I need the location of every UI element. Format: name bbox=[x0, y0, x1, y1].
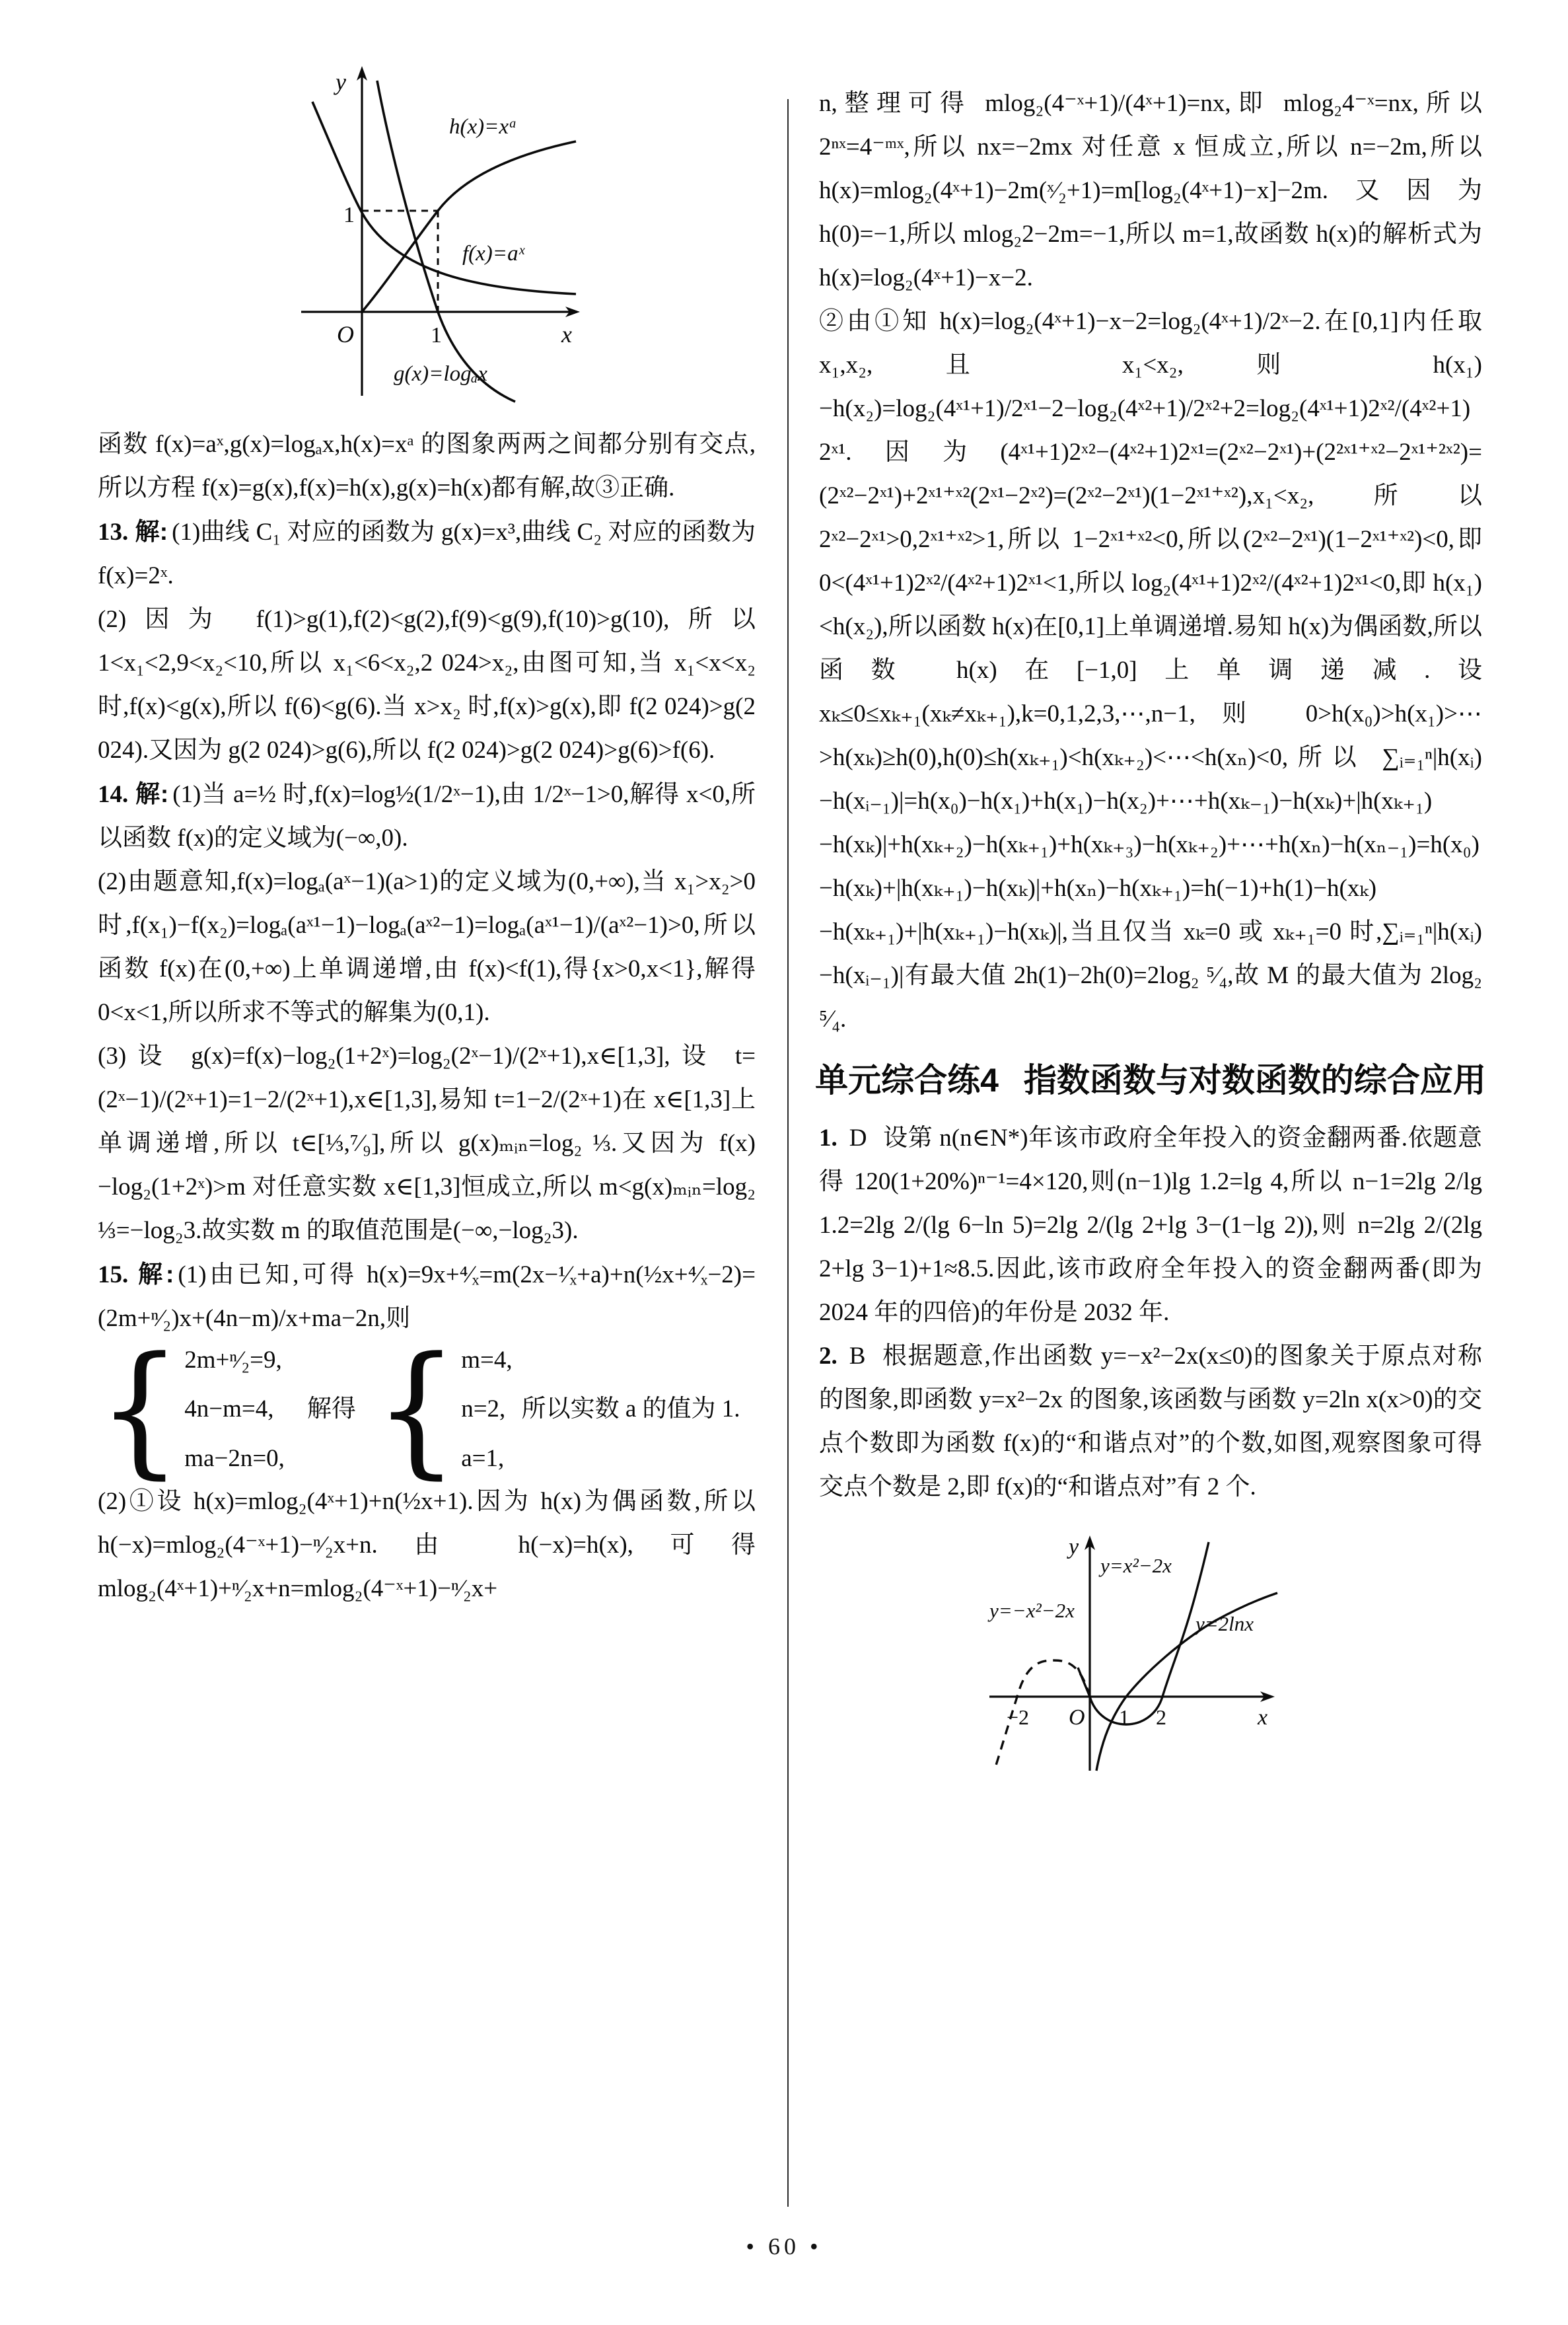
solution-paragraph-14: 14.解:(1)当 a=½ 时,f(x)=log½(1/2ˣ−1),由 1/2ˣ… bbox=[98, 772, 756, 860]
x-tick-1: 1 bbox=[431, 323, 442, 348]
solution-continuation-paragraph: 函数 f(x)=aˣ,g(x)=logₐx,h(x)=xᵃ 的图象两两之间都分别… bbox=[98, 423, 756, 510]
exp-log-power-graph-svg: y x O 1 1 h(x)=xᵃ f(x)=aˣ g(x)=logₐx bbox=[296, 62, 587, 406]
solution-paragraph-15-2: (2)①设 h(x)=mlog₂(4ˣ+1)+n(½x+1).因为 h(x)为偶… bbox=[98, 1480, 756, 1611]
system-condition: ma−2n=0, bbox=[184, 1444, 285, 1473]
column-divider bbox=[787, 99, 789, 2207]
page-number: • 60 • bbox=[0, 2233, 1568, 2260]
figure-exp-log-power-graph: y x O 1 1 h(x)=xᵃ f(x)=aˣ g(x)=logₐx bbox=[296, 62, 587, 406]
solve-label: 解: bbox=[135, 780, 168, 807]
answer-letter: B bbox=[849, 1343, 866, 1370]
curve-exponential-f bbox=[312, 102, 576, 294]
right-column: n,整理可得 mlog₂(4⁻ˣ+1)/(4ˣ+1)=nx,即 mlog₂4⁻ˣ… bbox=[819, 58, 1482, 1776]
textbook-answer-page: y x O 1 1 h(x)=xᵃ f(x)=aˣ g(x)=logₐx 函数 … bbox=[0, 0, 1568, 2325]
solve-label: 解: bbox=[135, 1261, 174, 1288]
solution-paragraph-13-2: (2)因为 f(1)>g(1),f(2)<g(2),f(9)<g(9),f(10… bbox=[98, 598, 756, 772]
solution-text: (1)当 a=½ 时,f(x)=log½(1/2ˣ−1),由 1/2ˣ−1>0,… bbox=[98, 781, 756, 852]
system-result: a=1, bbox=[461, 1444, 512, 1473]
curve-g-label: g(x)=logₐx bbox=[394, 362, 487, 386]
system-condition: 2m+ⁿ⁄₂=9, bbox=[184, 1346, 285, 1375]
system-result: m=4, bbox=[461, 1346, 512, 1375]
answer-paragraph-2: 2.B根据题意,作出函数 y=−x²−2x(x≤0)的图象关于原点对称的图象,即… bbox=[819, 1335, 1482, 1509]
y-tick-1: 1 bbox=[343, 203, 355, 227]
system-conclusion: 所以实数 a 的值为 1. bbox=[522, 1395, 740, 1424]
solution-continuation-paragraph: n,整理可得 mlog₂(4⁻ˣ+1)/(4ˣ+1)=nx,即 mlog₂4⁻ˣ… bbox=[819, 82, 1482, 300]
unit-practice-header: 单元综合练4 指数函数与对数函数的综合应用 bbox=[819, 1064, 1482, 1097]
solve-label: 解: bbox=[135, 518, 168, 545]
system-conditions: 2m+ⁿ⁄₂=9, 4n−m=4, ma−2n=0, bbox=[184, 1346, 285, 1473]
unit-practice-number: 单元综合练4 bbox=[815, 1064, 999, 1097]
solution-text: n,整理可得 mlog₂(4⁻ˣ+1)/(4ˣ+1)=nx,即 mlog₂4⁻ˣ… bbox=[819, 90, 1482, 291]
solution-text: (2)因为 f(1)>g(1),f(2)<g(2),f(9)<g(9),f(10… bbox=[98, 606, 756, 764]
left-brace-results: { bbox=[374, 1345, 458, 1473]
solid-parabola-label: y=x²−2x bbox=[1098, 1554, 1172, 1577]
y-axis-label: y bbox=[1067, 1535, 1079, 1559]
problem-number: 13. bbox=[98, 519, 128, 546]
solution-paragraph-14-3: (3)设 g(x)=f(x)−log₂(1+2ˣ)=log₂(2ˣ−1)/(2ˣ… bbox=[98, 1035, 756, 1253]
problem-number: 15. bbox=[98, 1261, 128, 1288]
solution-text: (2)由题意知,f(x)=logₐ(aˣ−1)(a>1)的定义域为(0,+∞),… bbox=[98, 868, 756, 1026]
left-column: y x O 1 1 h(x)=xᵃ f(x)=aˣ g(x)=logₐx 函数 … bbox=[98, 58, 756, 1611]
curve-f-label: f(x)=aˣ bbox=[462, 242, 525, 266]
system-result: n=2, bbox=[461, 1395, 512, 1424]
x-tick-neg2: −2 bbox=[1007, 1705, 1029, 1729]
x-axis-label: x bbox=[561, 321, 572, 348]
curve-h-label: h(x)=xᵃ bbox=[449, 115, 517, 139]
solution-text: (2)①设 h(x)=mlog₂(4ˣ+1)+n(½x+1).因为 h(x)为偶… bbox=[98, 1488, 756, 1602]
answer-text: 设第 n(n∈N*)年该市政府全年投入的资金翻两番.依题意得 120(1+20%… bbox=[819, 1125, 1482, 1326]
equation-system: { 2m+ⁿ⁄₂=9, 4n−m=4, ma−2n=0, 解得 { m=4, n… bbox=[98, 1346, 756, 1473]
unit-practice-title: 指数函数与对数函数的综合应用 bbox=[1024, 1064, 1486, 1097]
system-results: m=4, n=2, a=1, bbox=[461, 1346, 512, 1473]
solution-paragraph-14-2: (2)由题意知,f(x)=logₐ(aˣ−1)(a>1)的定义域为(0,+∞),… bbox=[98, 860, 756, 1035]
figure-harmonious-pairs-graph: y x O −2 1 2 y=x²−2x y=2lnx y=−x²−2x bbox=[984, 1532, 1281, 1776]
x-tick-1: 1 bbox=[1119, 1705, 1129, 1729]
solution-text: (1)由已知,可得 h(x)=9x+⁴⁄ₓ=m(2x−¹⁄ₓ+a)+n(½x+⁴… bbox=[98, 1261, 756, 1332]
solution-text: (1)曲线 C₁ 对应的函数为 g(x)=x³,曲线 C₂ 对应的函数为 f(x… bbox=[98, 519, 756, 589]
problem-number: 2. bbox=[819, 1343, 837, 1370]
curve-power-h bbox=[362, 141, 576, 312]
solution-text: ②由①知 h(x)=log₂(4ˣ+1)−x−2=log₂(4ˣ+1)/2ˣ−2… bbox=[819, 308, 1482, 1033]
answer-text: 根据题意,作出函数 y=−x²−2x(x≤0)的图象关于原点对称的图象,即函数 … bbox=[819, 1343, 1482, 1500]
origin-label: O bbox=[337, 321, 354, 348]
solution-paragraph-15-2b: ②由①知 h(x)=log₂(4ˣ+1)−x−2=log₂(4ˣ+1)/2ˣ−2… bbox=[819, 300, 1482, 1041]
problem-number: 1. bbox=[819, 1125, 837, 1152]
solution-text: 函数 f(x)=aˣ,g(x)=logₐx,h(x)=xᵃ 的图象两两之间都分别… bbox=[98, 431, 756, 501]
system-condition: 4n−m=4, bbox=[184, 1395, 285, 1424]
log-curve-label: y=2lnx bbox=[1194, 1612, 1254, 1635]
problem-number: 14. bbox=[98, 781, 128, 808]
x-axis-label: x bbox=[1257, 1705, 1267, 1730]
dashed-parabola-label: y=−x²−2x bbox=[987, 1599, 1075, 1622]
x-tick-2: 2 bbox=[1156, 1705, 1166, 1729]
parabola-log-graph-svg: y x O −2 1 2 y=x²−2x y=2lnx y=−x²−2x bbox=[984, 1532, 1281, 1776]
solution-paragraph-13: 13.解:(1)曲线 C₁ 对应的函数为 g(x)=x³,曲线 C₂ 对应的函数… bbox=[98, 510, 756, 598]
solution-text: (3)设 g(x)=f(x)−log₂(1+2ˣ)=log₂(2ˣ−1)/(2ˣ… bbox=[98, 1043, 756, 1244]
answer-letter: D bbox=[849, 1125, 867, 1152]
left-brace-conditions: { bbox=[98, 1345, 182, 1473]
answer-paragraph-1: 1.D设第 n(n∈N*)年该市政府全年投入的资金翻两番.依题意得 120(1+… bbox=[819, 1117, 1482, 1335]
y-axis-label: y bbox=[334, 69, 346, 95]
origin-label: O bbox=[1069, 1705, 1085, 1730]
system-solve-label: 解得 bbox=[307, 1395, 356, 1424]
